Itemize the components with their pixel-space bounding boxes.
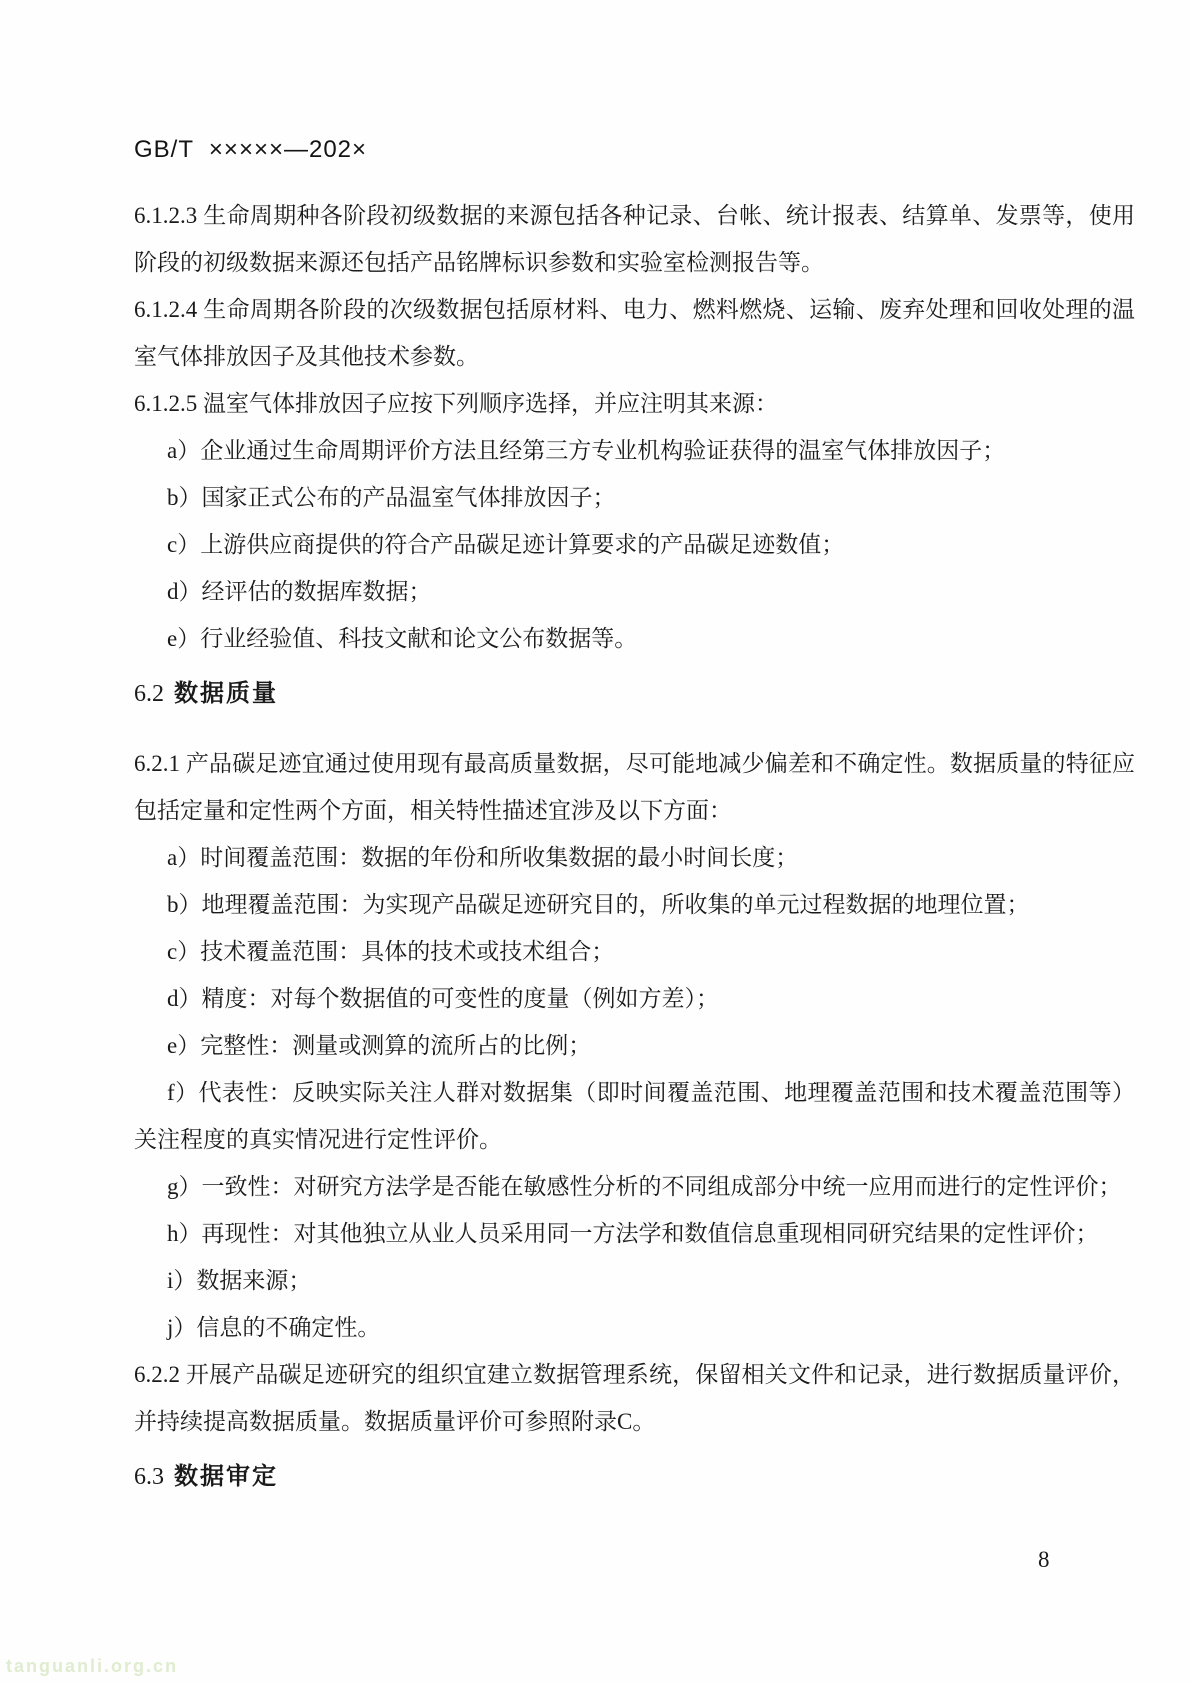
para-6-1-2-5: 6.1.2.5 温室气体排放因子应按下列顺序选择，并应注明其来源： [134, 380, 1135, 427]
document-page: GB/T ×××××—202× 6.1.2.3 生命周期种各阶段初级数据的来源包… [0, 0, 1190, 1683]
para-6-1-2-4: 6.1.2.4 生命周期各阶段的次级数据包括原材料、电力、燃料燃烧、运输、废弃处… [134, 286, 1135, 380]
list-item-621-f: f）代表性：反映实际关注人群对数据集（即时间覆盖范围、地理覆盖范围和技术覆盖范围… [134, 1069, 1135, 1163]
heading-6-3-number: 6.3 [134, 1464, 164, 1490]
list-item-621-d: d）精度：对每个数据值的可变性的度量（例如方差）； [134, 975, 1135, 1022]
list-item-621-e: e）完整性：测量或测算的流所占的比例； [134, 1022, 1135, 1069]
list-item-621-b: b）地理覆盖范围：为实现产品碳足迹研究目的，所收集的单元过程数据的地理位置； [134, 881, 1135, 928]
section-heading-6-2: 6.2数据质量 [134, 670, 1135, 718]
heading-6-2-number: 6.2 [134, 681, 164, 707]
watermark-text: tanguanli.org.cn [6, 1656, 178, 1677]
para-6-2-1: 6.2.1 产品碳足迹宜通过使用现有最高质量数据，尽可能地减少偏差和不确定性。数… [134, 740, 1135, 834]
list-item-6125-c: c）上游供应商提供的符合产品碳足迹计算要求的产品碳足迹数值； [134, 521, 1135, 568]
list-item-6125-a: a）企业通过生命周期评价方法且经第三方专业机构验证获得的温室气体排放因子； [134, 427, 1135, 474]
standard-number-header: GB/T ×××××—202× [134, 136, 367, 164]
page-number: 8 [1038, 1545, 1050, 1575]
list-item-621-i: i）数据来源； [134, 1257, 1135, 1304]
list-item-6125-b: b）国家正式公布的产品温室气体排放因子； [134, 474, 1135, 521]
para-6-2-2: 6.2.2 开展产品碳足迹研究的组织宜建立数据管理系统，保留相关文件和记录，进行… [134, 1351, 1135, 1445]
list-item-621-j: j）信息的不确定性。 [134, 1304, 1135, 1351]
list-item-6125-e: e）行业经验值、科技文献和论文公布数据等。 [134, 615, 1135, 662]
list-item-6125-d: d）经评估的数据库数据； [134, 568, 1135, 615]
para-6-1-2-3: 6.1.2.3 生命周期种各阶段初级数据的来源包括各种记录、台帐、统计报表、结算… [134, 192, 1135, 286]
list-item-621-g: g）一致性：对研究方法学是否能在敏感性分析的不同组成部分中统一应用而进行的定性评… [134, 1163, 1135, 1210]
document-body: 6.1.2.3 生命周期种各阶段初级数据的来源包括各种记录、台帐、统计报表、结算… [134, 192, 1135, 1523]
list-item-621-c: c）技术覆盖范围：具体的技术或技术组合； [134, 928, 1135, 975]
list-item-621-h: h）再现性：对其他独立从业人员采用同一方法学和数值信息重现相同研究结果的定性评价… [134, 1210, 1135, 1257]
list-item-621-a: a）时间覆盖范围：数据的年份和所收集数据的最小时间长度； [134, 834, 1135, 881]
heading-6-3-title: 数据审定 [174, 1463, 278, 1490]
heading-6-2-title: 数据质量 [174, 680, 278, 707]
section-heading-6-3: 6.3数据审定 [134, 1453, 1135, 1501]
